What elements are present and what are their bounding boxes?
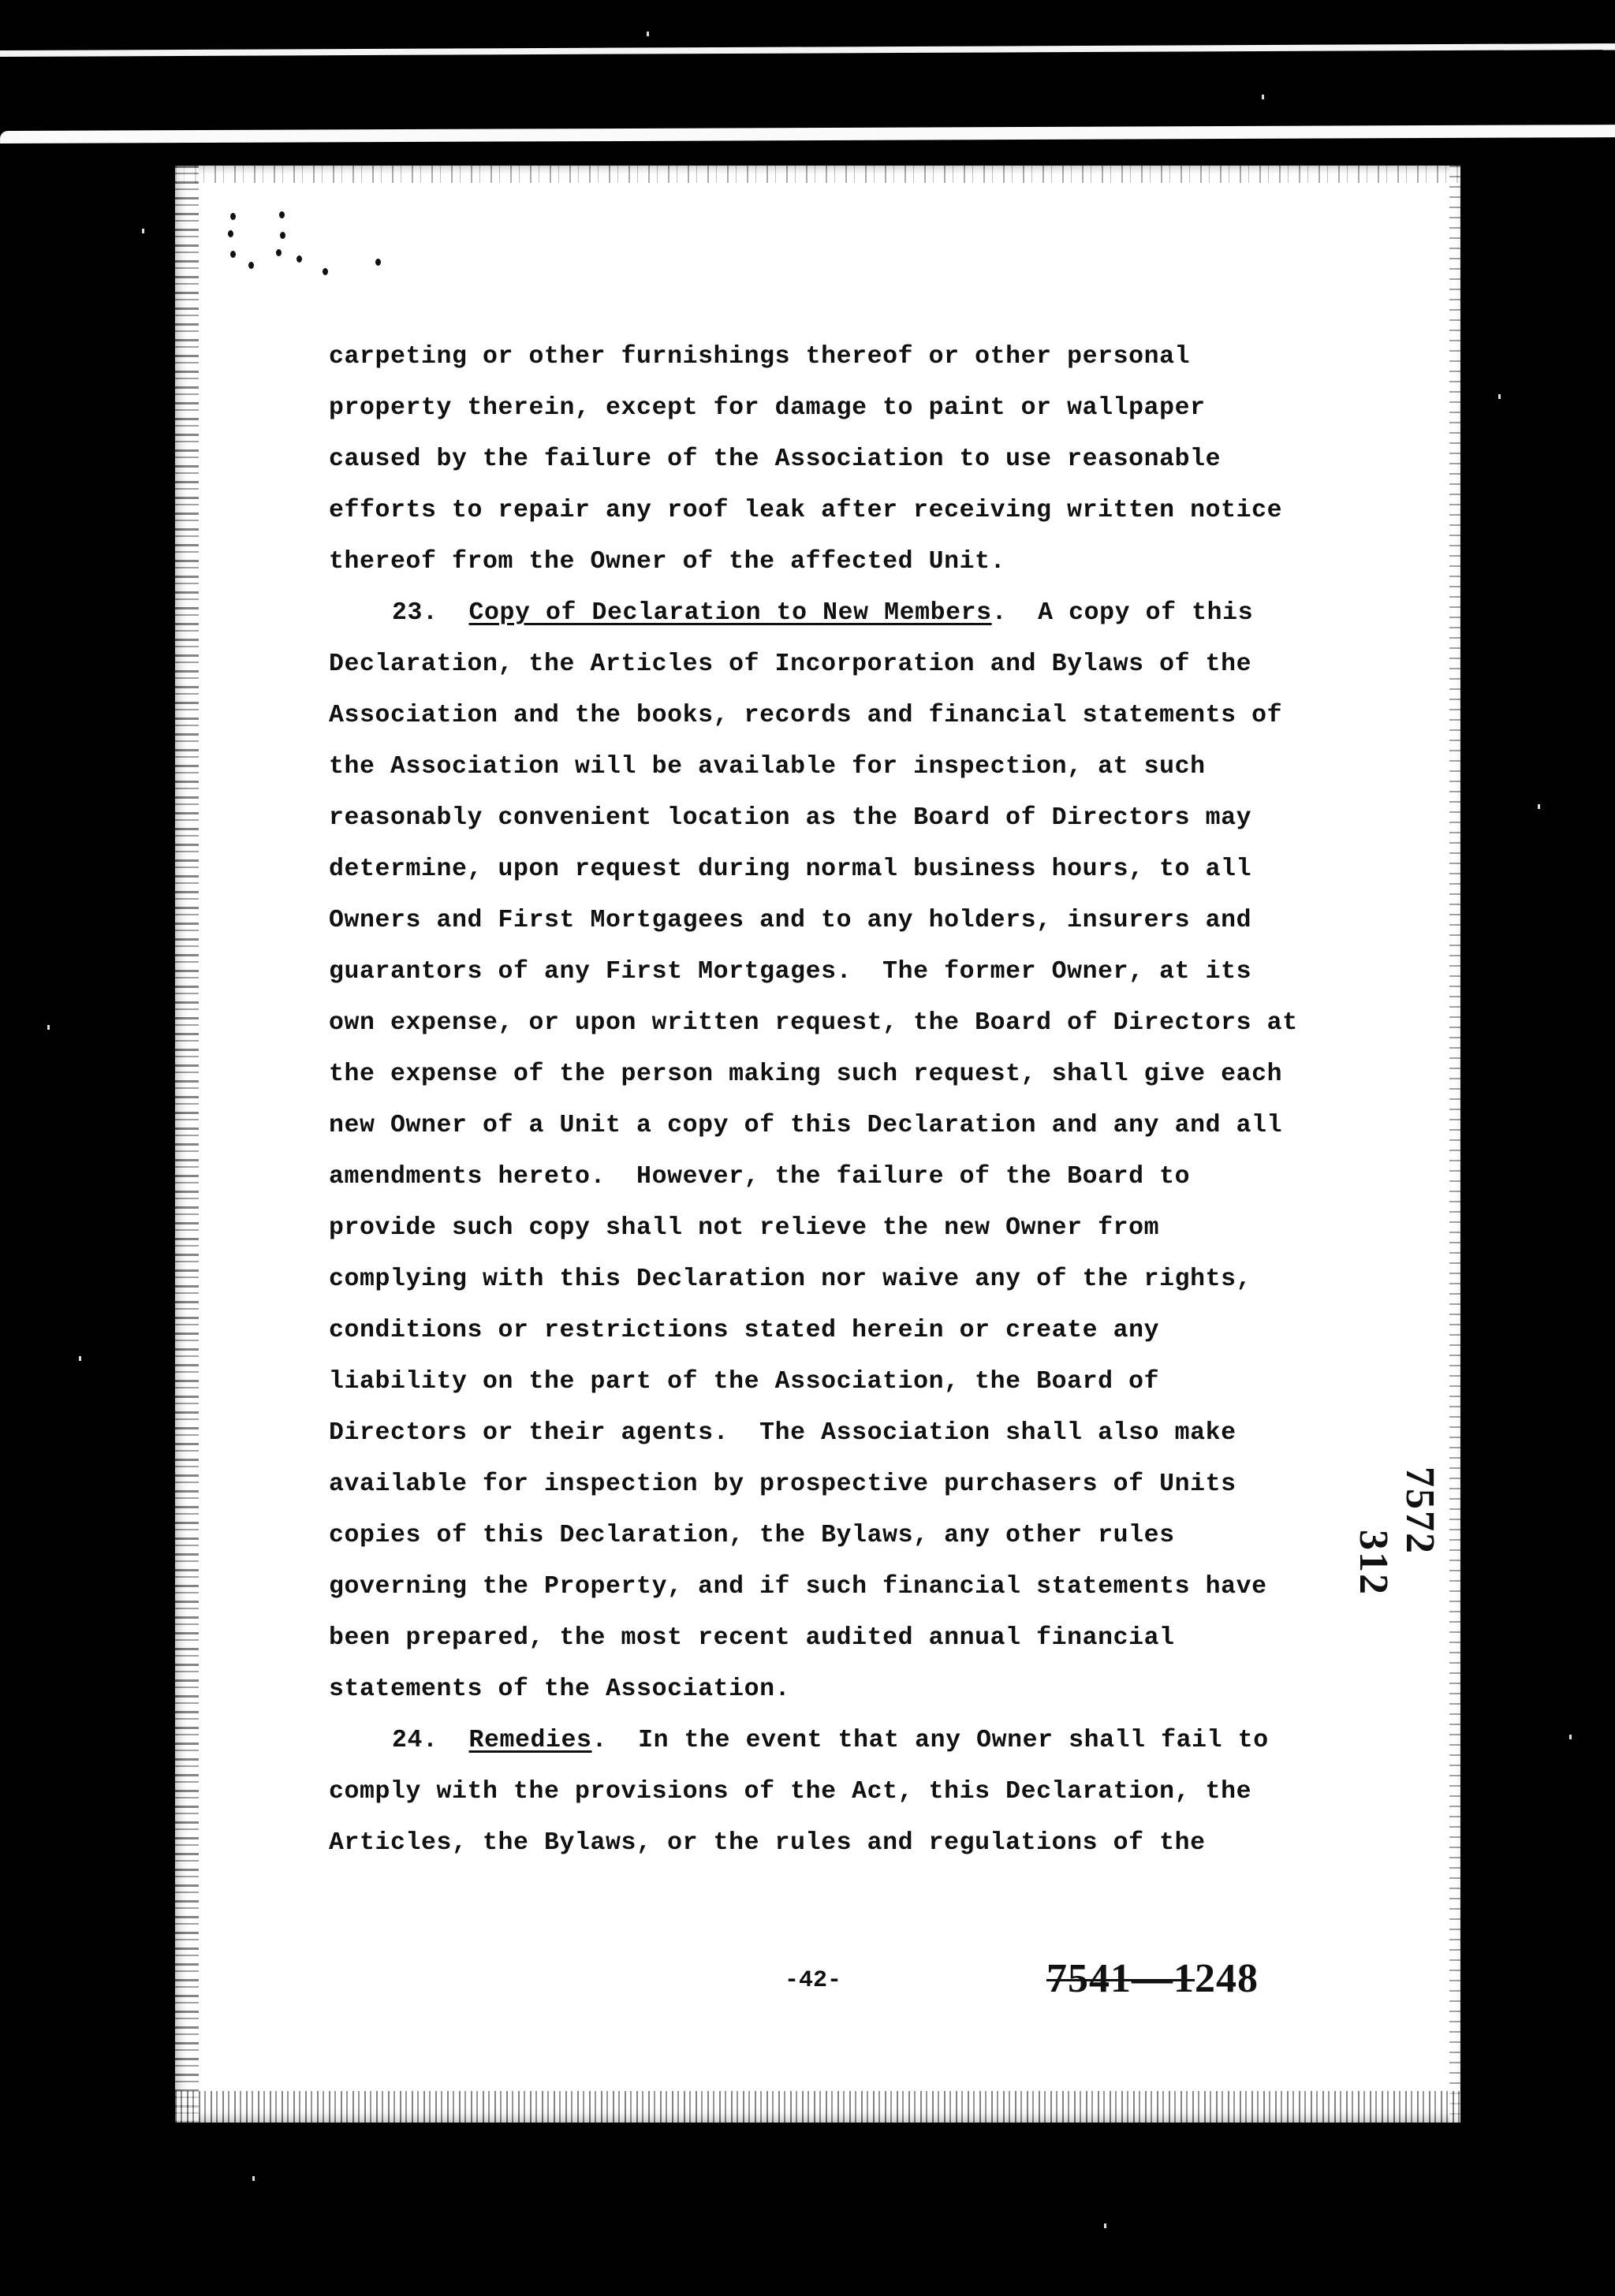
section-heading: Remedies	[469, 1727, 592, 1754]
dust-speck	[230, 251, 236, 258]
body-line: statements of the Association.	[329, 1664, 1433, 1715]
body-line: liability on the part of the Association…	[329, 1356, 1433, 1407]
scan-noise	[175, 166, 1460, 183]
body-line: available for inspection by prospective …	[329, 1459, 1433, 1510]
body-line: Directors or their agents. The Associati…	[329, 1407, 1433, 1459]
scan-speck	[142, 229, 144, 233]
body-line: provide such copy shall not relieve the …	[329, 1202, 1433, 1254]
book-number: 7572	[1397, 1467, 1443, 1596]
scan-artifact-strip	[0, 125, 1615, 143]
body-line: new Owner of a Unit a copy of this Decla…	[329, 1100, 1433, 1151]
body-line: complying with this Declaration nor waiv…	[329, 1254, 1433, 1305]
dust-speck	[230, 213, 236, 220]
recording-stamp-footer: 7541—1248	[1046, 1955, 1259, 2002]
body-line: own expense, or upon written request, th…	[329, 997, 1433, 1049]
dust-speck	[276, 249, 282, 256]
book-page-number: 312	[1350, 1530, 1397, 1596]
dust-speck	[375, 259, 381, 266]
dust-speck	[297, 255, 302, 263]
scan-artifact-strip	[0, 43, 1615, 57]
scan-speck	[47, 1025, 50, 1030]
struck-stamp-number: 7541—1	[1046, 1956, 1195, 2001]
section-heading: Copy of Declaration to New Members	[469, 599, 992, 627]
scan-noise	[175, 2091, 1460, 2123]
body-line: efforts to repair any roof leak after re…	[329, 485, 1433, 536]
body-line: the Association will be available for in…	[329, 741, 1433, 792]
document-page: carpeting or other furnishings thereof o…	[175, 166, 1460, 2123]
body-line: property therein, except for damage to p…	[329, 382, 1433, 434]
page-number: -42-	[785, 1967, 841, 1994]
body-line: guarantors of any First Mortgages. The f…	[329, 946, 1433, 997]
body-line: been prepared, the most recent audited a…	[329, 1612, 1433, 1664]
section-heading-tail: . In the event that any Owner shall fail…	[592, 1727, 1269, 1754]
body-line: Owners and First Mortgagees and to any h…	[329, 895, 1433, 946]
section-heading-tail: . A copy of this	[992, 599, 1254, 627]
body-line: reasonably convenient location as the Bo…	[329, 792, 1433, 844]
section-number: 23.	[392, 599, 438, 627]
scan-speck	[252, 2176, 255, 2181]
scan-speck	[1498, 394, 1501, 399]
scan-speck	[1104, 2223, 1106, 2228]
dust-speck	[280, 232, 285, 239]
body-line: carpeting or other furnishings thereof o…	[329, 331, 1433, 382]
body-line: caused by the failure of the Association…	[329, 434, 1433, 485]
section-number: 24.	[392, 1727, 438, 1754]
scan-speck	[647, 32, 649, 36]
recording-stamp-vertical: 7572 312	[1350, 1467, 1443, 1596]
scan-noise	[1449, 166, 1460, 2123]
scan-speck	[1262, 95, 1264, 99]
body-line: governing the Property, and if such fina…	[329, 1561, 1433, 1612]
body-line: Declaration, the Articles of Incorporati…	[329, 639, 1433, 690]
document-body: carpeting or other furnishings thereof o…	[329, 331, 1433, 1869]
body-line: thereof from the Owner of the affected U…	[329, 536, 1433, 587]
scan-speck	[1569, 1735, 1572, 1739]
body-line: Articles, the Bylaws, or the rules and r…	[329, 1817, 1433, 1869]
body-line: the expense of the person making such re…	[329, 1049, 1433, 1100]
dust-speck	[228, 230, 233, 237]
section-24-heading-line: 24. Remedies. In the event that any Owne…	[329, 1715, 1433, 1766]
dust-speck	[248, 262, 254, 269]
body-line: comply with the provisions of the Act, t…	[329, 1766, 1433, 1817]
body-line: Association and the books, records and f…	[329, 690, 1433, 741]
dust-speck	[279, 211, 285, 218]
scan-speck	[1538, 804, 1540, 809]
body-line: amendments hereto. However, the failure …	[329, 1151, 1433, 1202]
stamp-number-rest: 248	[1195, 1956, 1259, 2001]
body-line: determine, upon request during normal bu…	[329, 844, 1433, 895]
scan-noise	[175, 166, 199, 2123]
body-line: conditions or restrictions stated herein…	[329, 1305, 1433, 1356]
section-23-heading-line: 23. Copy of Declaration to New Members. …	[329, 587, 1433, 639]
dust-speck	[323, 268, 328, 275]
body-line: copies of this Declaration, the Bylaws, …	[329, 1510, 1433, 1561]
scan-speck	[79, 1356, 81, 1361]
